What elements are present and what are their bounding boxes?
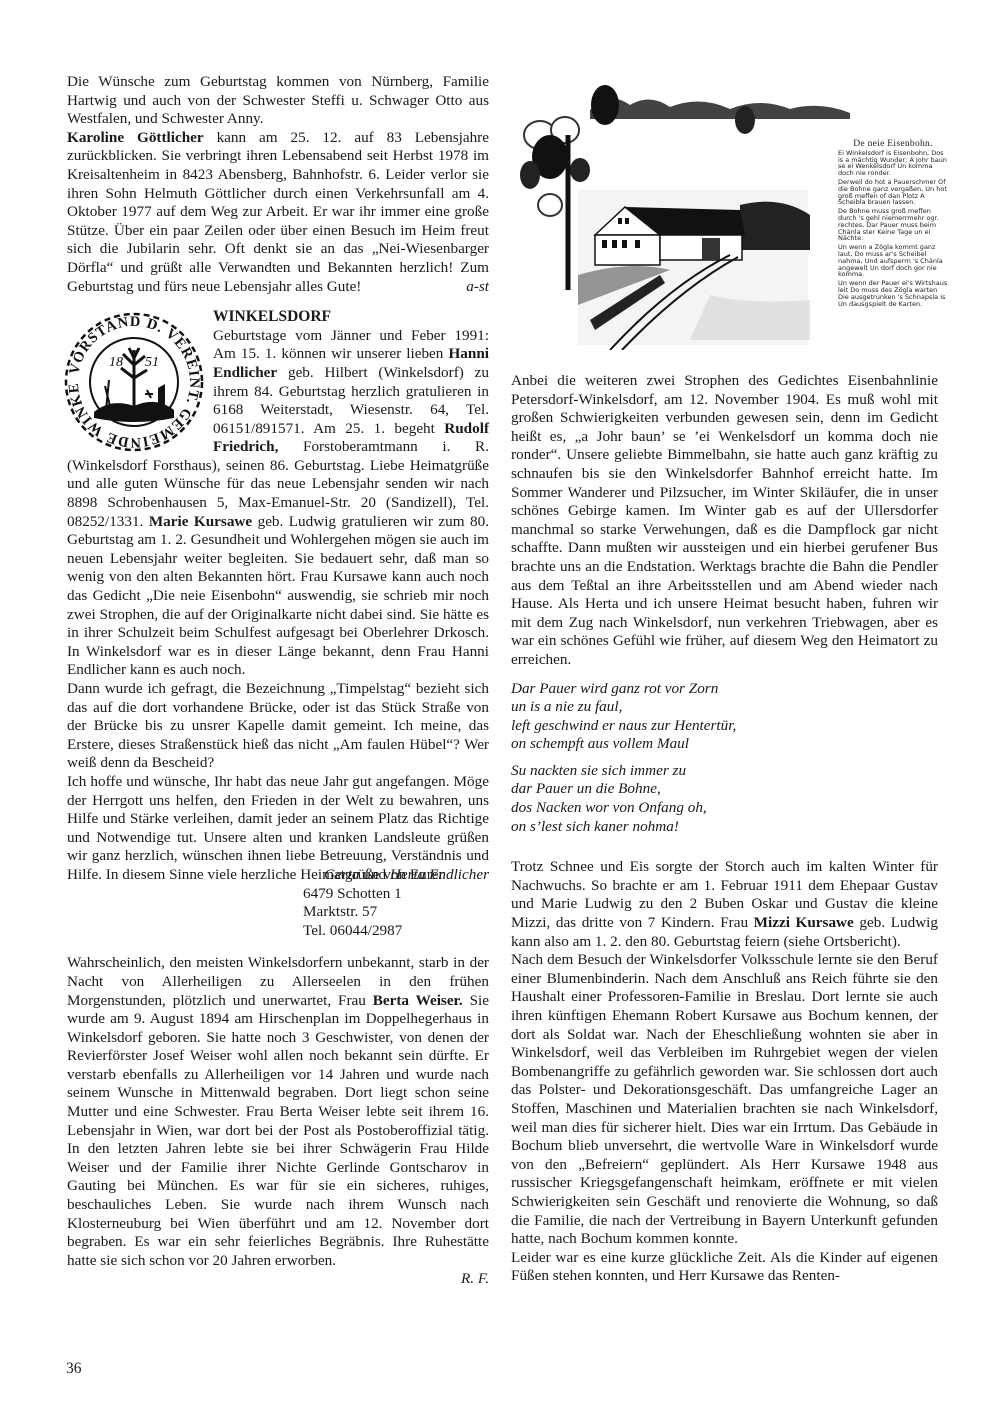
leider-paragraph: Leider war es eine kurze glückliche Zeit…: [511, 1249, 938, 1286]
winkelsdorf-seal-image: VORSTAND D. VEREINT. GEMEINDE WINKELSDOR…: [61, 310, 207, 454]
svg-text:18: 18: [109, 355, 123, 370]
svg-text:51: 51: [145, 355, 159, 370]
karoline-paragraph: Karoline Göttlicher kann am 25. 12. auf …: [67, 129, 489, 296]
poem-stanza: Dar Pauer wird ganz rot vor Zorn un is a…: [511, 680, 938, 754]
author-signature: R. F.: [67, 1270, 489, 1289]
right-column: Anbei die weiteren zwei Strophen des Ged…: [511, 372, 938, 1286]
seal-emblem-icon: VORSTAND D. VEREINT. GEMEINDE WINKELSDOR…: [61, 310, 207, 454]
svg-text:VORSTAND D. VEREINT. GEMEINDE: VORSTAND D. VEREINT. GEMEINDE WINKELSDOR…: [61, 310, 202, 450]
address-line: Marktstr. 57: [303, 903, 489, 922]
person-name: Karoline Göttlicher: [67, 129, 204, 146]
page-number: 36: [66, 1360, 82, 1378]
postcard-poem-text: De neie Eisenbohn. Ei Winkelsdorf is Eis…: [838, 141, 948, 309]
winkelsdorf-section: VORSTAND D. VEREINT. GEMEINDE WINKELSDOR…: [67, 308, 489, 680]
anbei-paragraph: Anbei die weiteren zwei Strophen des Ged…: [511, 372, 938, 670]
dialect-poem: Dar Pauer wird ganz rot vor Zorn un is a…: [511, 680, 938, 837]
closing-names: Gerta und Herta Endlicher: [303, 866, 489, 885]
volksschule-paragraph: Nach dem Besuch der Winkelsdorfer Volkss…: [511, 951, 938, 1249]
phone-line: Tel. 06044/2987: [303, 922, 489, 941]
person-name: Mizzi Kursawe: [754, 914, 854, 931]
storch-paragraph: Trotz Schnee und Eis sorgte der Storch a…: [511, 858, 938, 951]
timpelstag-paragraph: Dann wurde ich gefragt, die Bezeichnung …: [67, 680, 489, 773]
intro-paragraph: Die Wünsche zum Geburtstag kommen von Nü…: [67, 73, 489, 129]
closing-signature-block: Gerta und Herta Endlicher 6479 Schotten …: [303, 866, 489, 940]
left-column: Die Wünsche zum Geburtstag kommen von Nü…: [67, 73, 489, 1289]
poem-stanza: Su nackten sie sich immer zu dar Pauer u…: [511, 762, 938, 836]
weiser-paragraph: Wahrscheinlich, den meisten Winkelsdorfe…: [67, 954, 489, 1270]
address-line: 6479 Schotten 1: [303, 885, 489, 904]
person-name: Marie Kursawe: [149, 513, 252, 530]
postcard-poem-title: De neie Eisenbohn.: [838, 141, 948, 148]
person-name: Berta Weiser.: [373, 992, 463, 1009]
